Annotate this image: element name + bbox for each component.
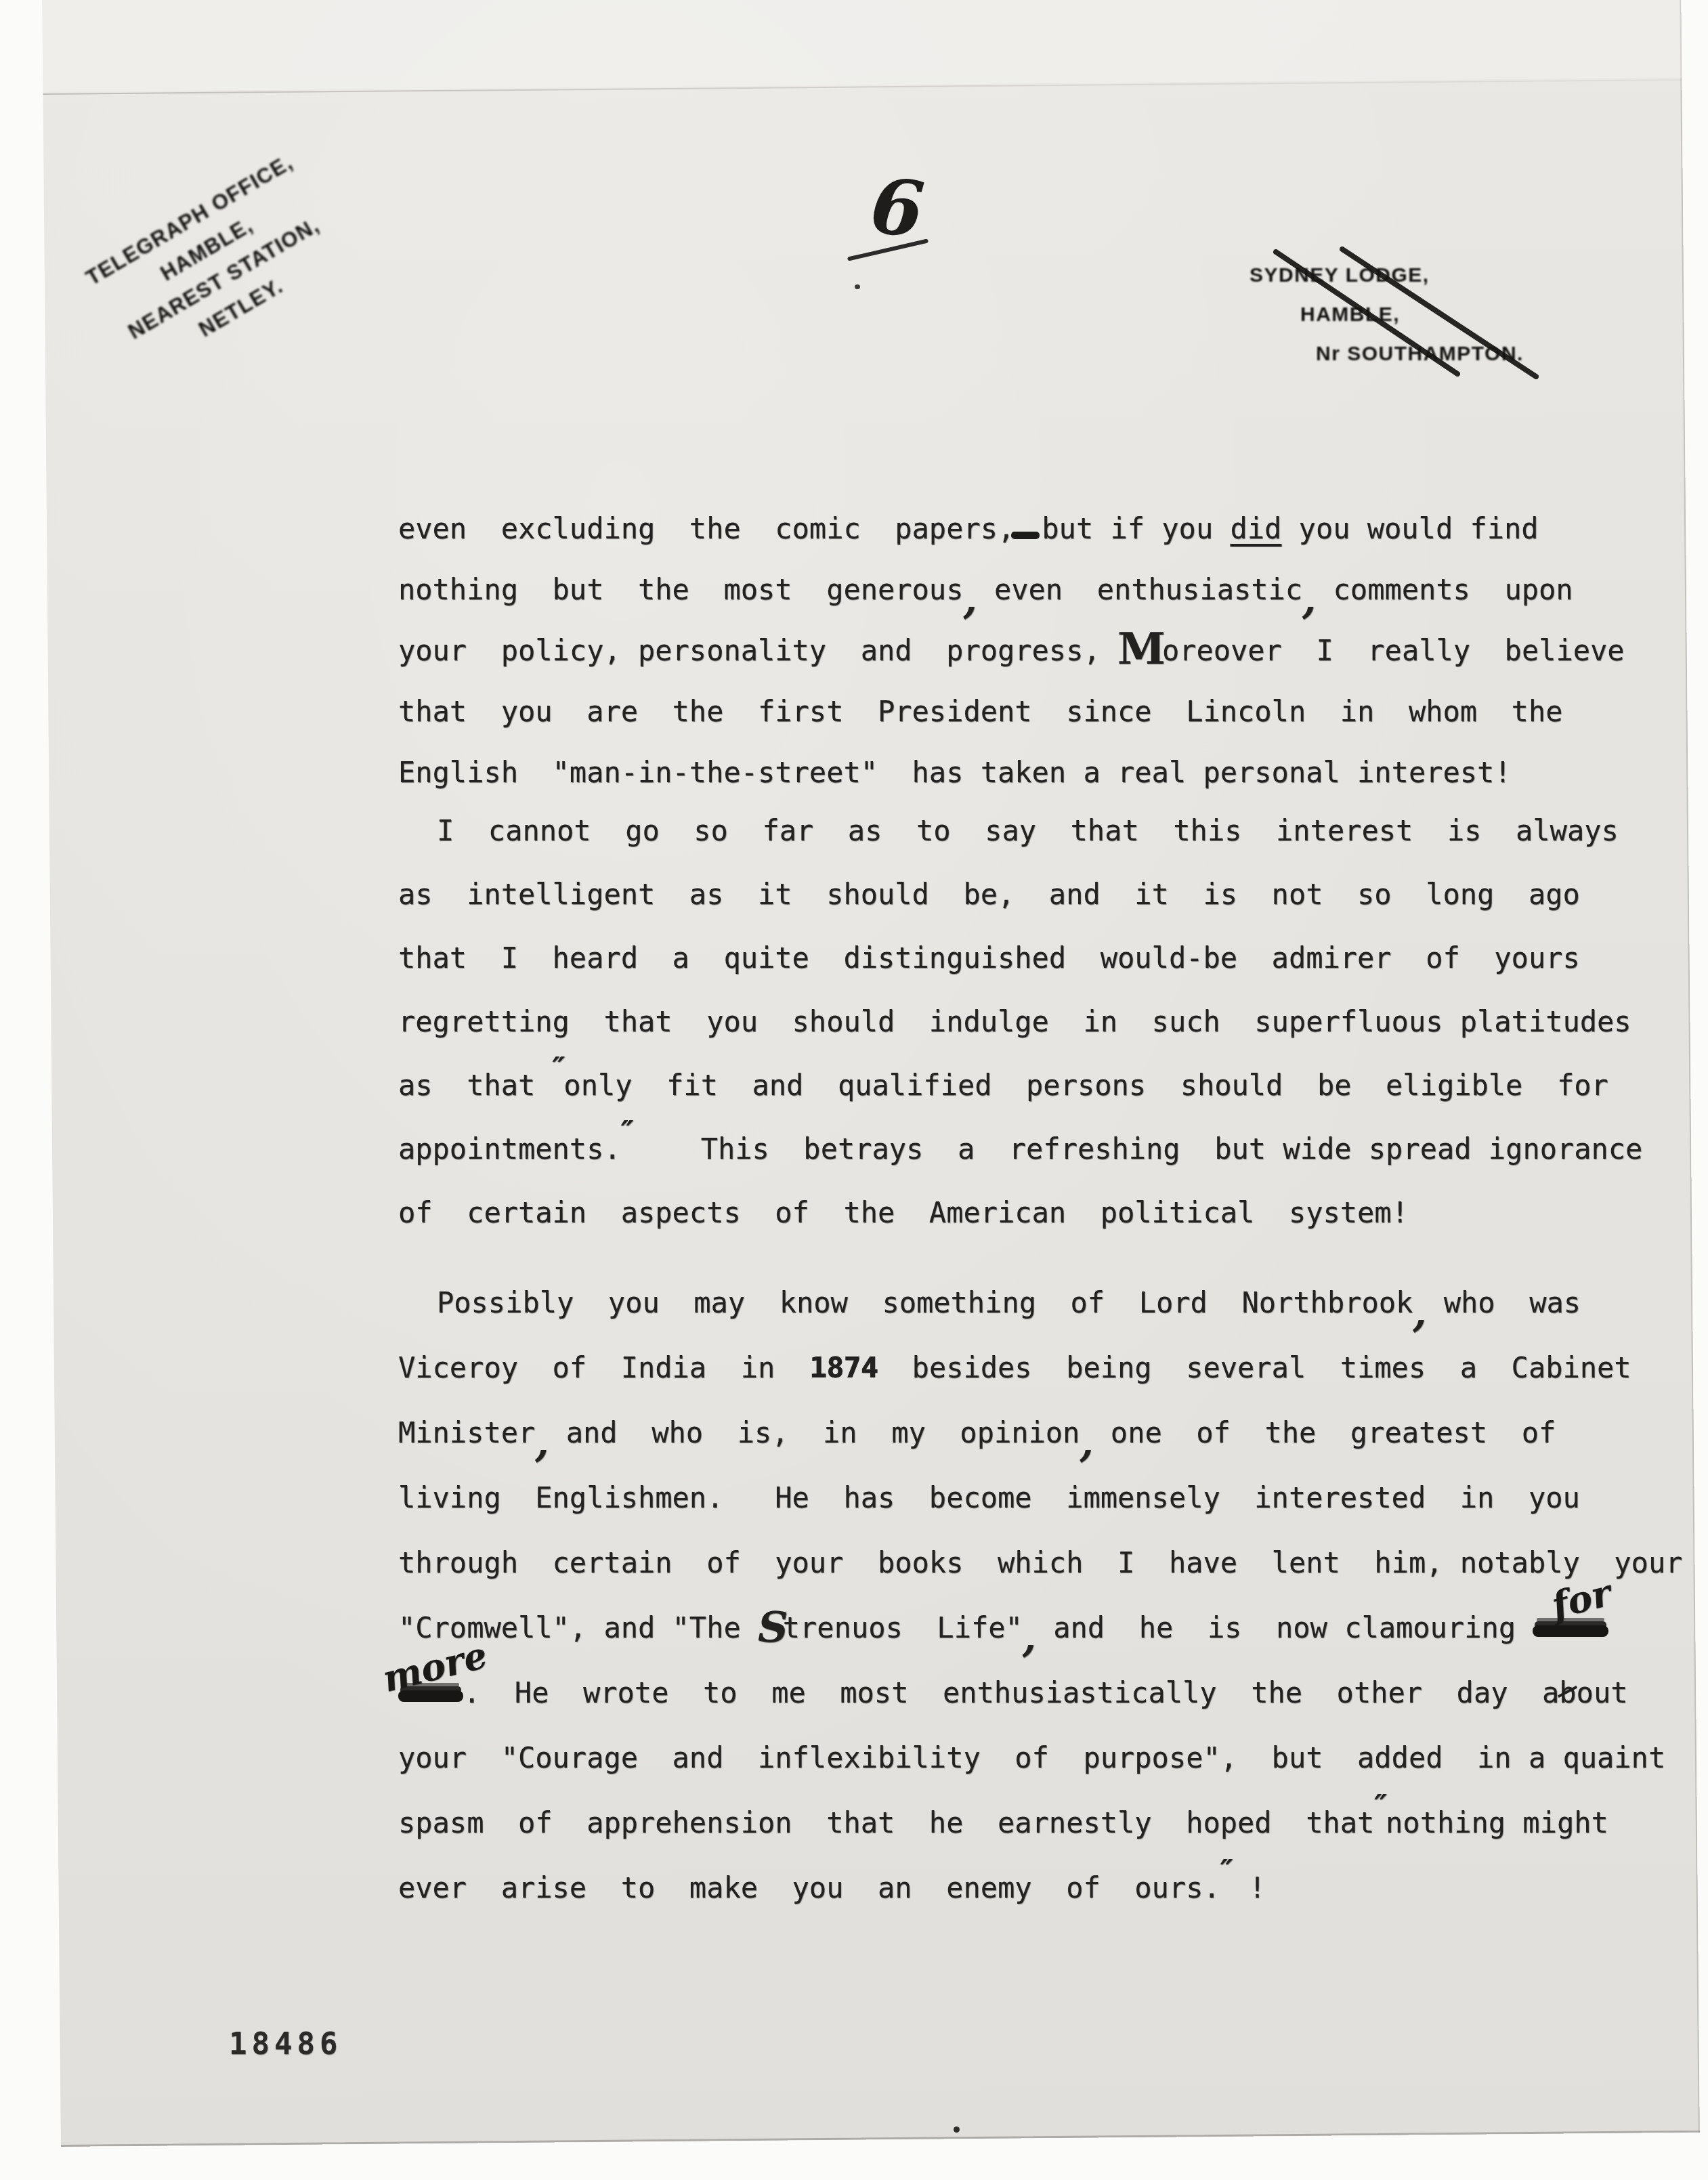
- text-line: I cannot go so far as to say that this i…: [398, 799, 1658, 863]
- text-run: b: [1559, 1661, 1576, 1726]
- letterhead-line: HAMBLE,: [1300, 295, 1524, 335]
- text-line: appointments.″ This betrays a refreshing…: [398, 1117, 1658, 1181]
- text-line: Minister, and who is, in my opinion, one…: [398, 1401, 1658, 1466]
- struck-out-word: for: [1533, 1625, 1608, 1637]
- text-line: regretting that you should indulge in su…: [398, 990, 1658, 1054]
- text-line: that I heard a quite distinguished would…: [398, 926, 1658, 990]
- handwritten-comma: ,: [1023, 1615, 1036, 1661]
- scanned-letter-page: { "page": { "page_number": "6", "archive…: [0, 0, 1708, 2180]
- paragraph: even excluding the comic papers,but if y…: [398, 498, 1658, 803]
- paragraph: I cannot go so far as to say that this i…: [398, 799, 1658, 1245]
- text-line: even excluding the comic papers,but if y…: [398, 498, 1658, 559]
- text-line: through certain of your books which I ha…: [398, 1531, 1658, 1596]
- text-line: of certain aspects of the American polit…: [398, 1181, 1658, 1245]
- underlined-word: did: [1230, 512, 1281, 545]
- handwritten-comma: ,: [963, 576, 977, 622]
- text-line: Possibly you may know something of Lord …: [398, 1270, 1658, 1335]
- text-line: as intelligent as it should be, and it i…: [398, 863, 1658, 926]
- struck-out-word: more: [398, 1690, 463, 1702]
- text-line: nothing but the most generous, even enth…: [398, 559, 1658, 620]
- text-line: Viceroy of India in 1874 besides being s…: [398, 1335, 1658, 1401]
- text-line: "Cromwell", and "The Strenuos Life", and…: [398, 1596, 1658, 1661]
- archive-number: 18486: [229, 2027, 342, 2061]
- text-line: your policy, personality and progress, M…: [398, 620, 1658, 681]
- handwritten-quote-mark: ″: [1220, 1854, 1232, 1887]
- text-line: ever arise to make you an enemy of ours.…: [398, 1856, 1658, 1921]
- text-line: your "Courage and inflexibility of purpo…: [398, 1726, 1658, 1791]
- ink-speck: [855, 284, 860, 289]
- handwritten-comma: ,: [1080, 1419, 1093, 1466]
- handwritten-quote-mark: ″: [1374, 1789, 1386, 1822]
- letterhead-line: Nr SOUTHAMPTON.: [1316, 335, 1524, 374]
- text-line: living Englishmen. He has become immense…: [398, 1466, 1658, 1531]
- text-run: M: [1117, 624, 1166, 675]
- text-line: that you are the first President since L…: [398, 681, 1658, 742]
- ink-speck: [954, 2126, 960, 2133]
- letterhead-address: SYDNEY LODGE, HAMBLE, Nr SOUTHAMPTON.: [1250, 256, 1524, 374]
- text-line: as that ″only fit and qualified persons …: [398, 1054, 1658, 1117]
- struck-out-word: [1011, 532, 1040, 539]
- paragraph: Possibly you may know something of Lord …: [398, 1270, 1658, 1921]
- text-line: English "man-in-the-street" has taken a …: [398, 742, 1658, 803]
- paper-light-band: [42, 0, 1682, 92]
- text-run: S: [758, 1602, 788, 1652]
- handwritten-quote-mark: ″: [621, 1115, 633, 1148]
- handwritten-comma: ,: [1302, 576, 1316, 622]
- letterhead-line: SYDNEY LODGE,: [1250, 256, 1524, 295]
- text-line: spasm of apprehension that he earnestly …: [398, 1791, 1658, 1856]
- handwritten-comma: ,: [1413, 1289, 1426, 1335]
- handwritten-comma: ,: [535, 1419, 549, 1466]
- handwritten-quote-mark: ″: [553, 1051, 564, 1084]
- text-line: more. He wrote to me most enthusiastical…: [398, 1661, 1658, 1726]
- text-run: 1874: [809, 1351, 878, 1384]
